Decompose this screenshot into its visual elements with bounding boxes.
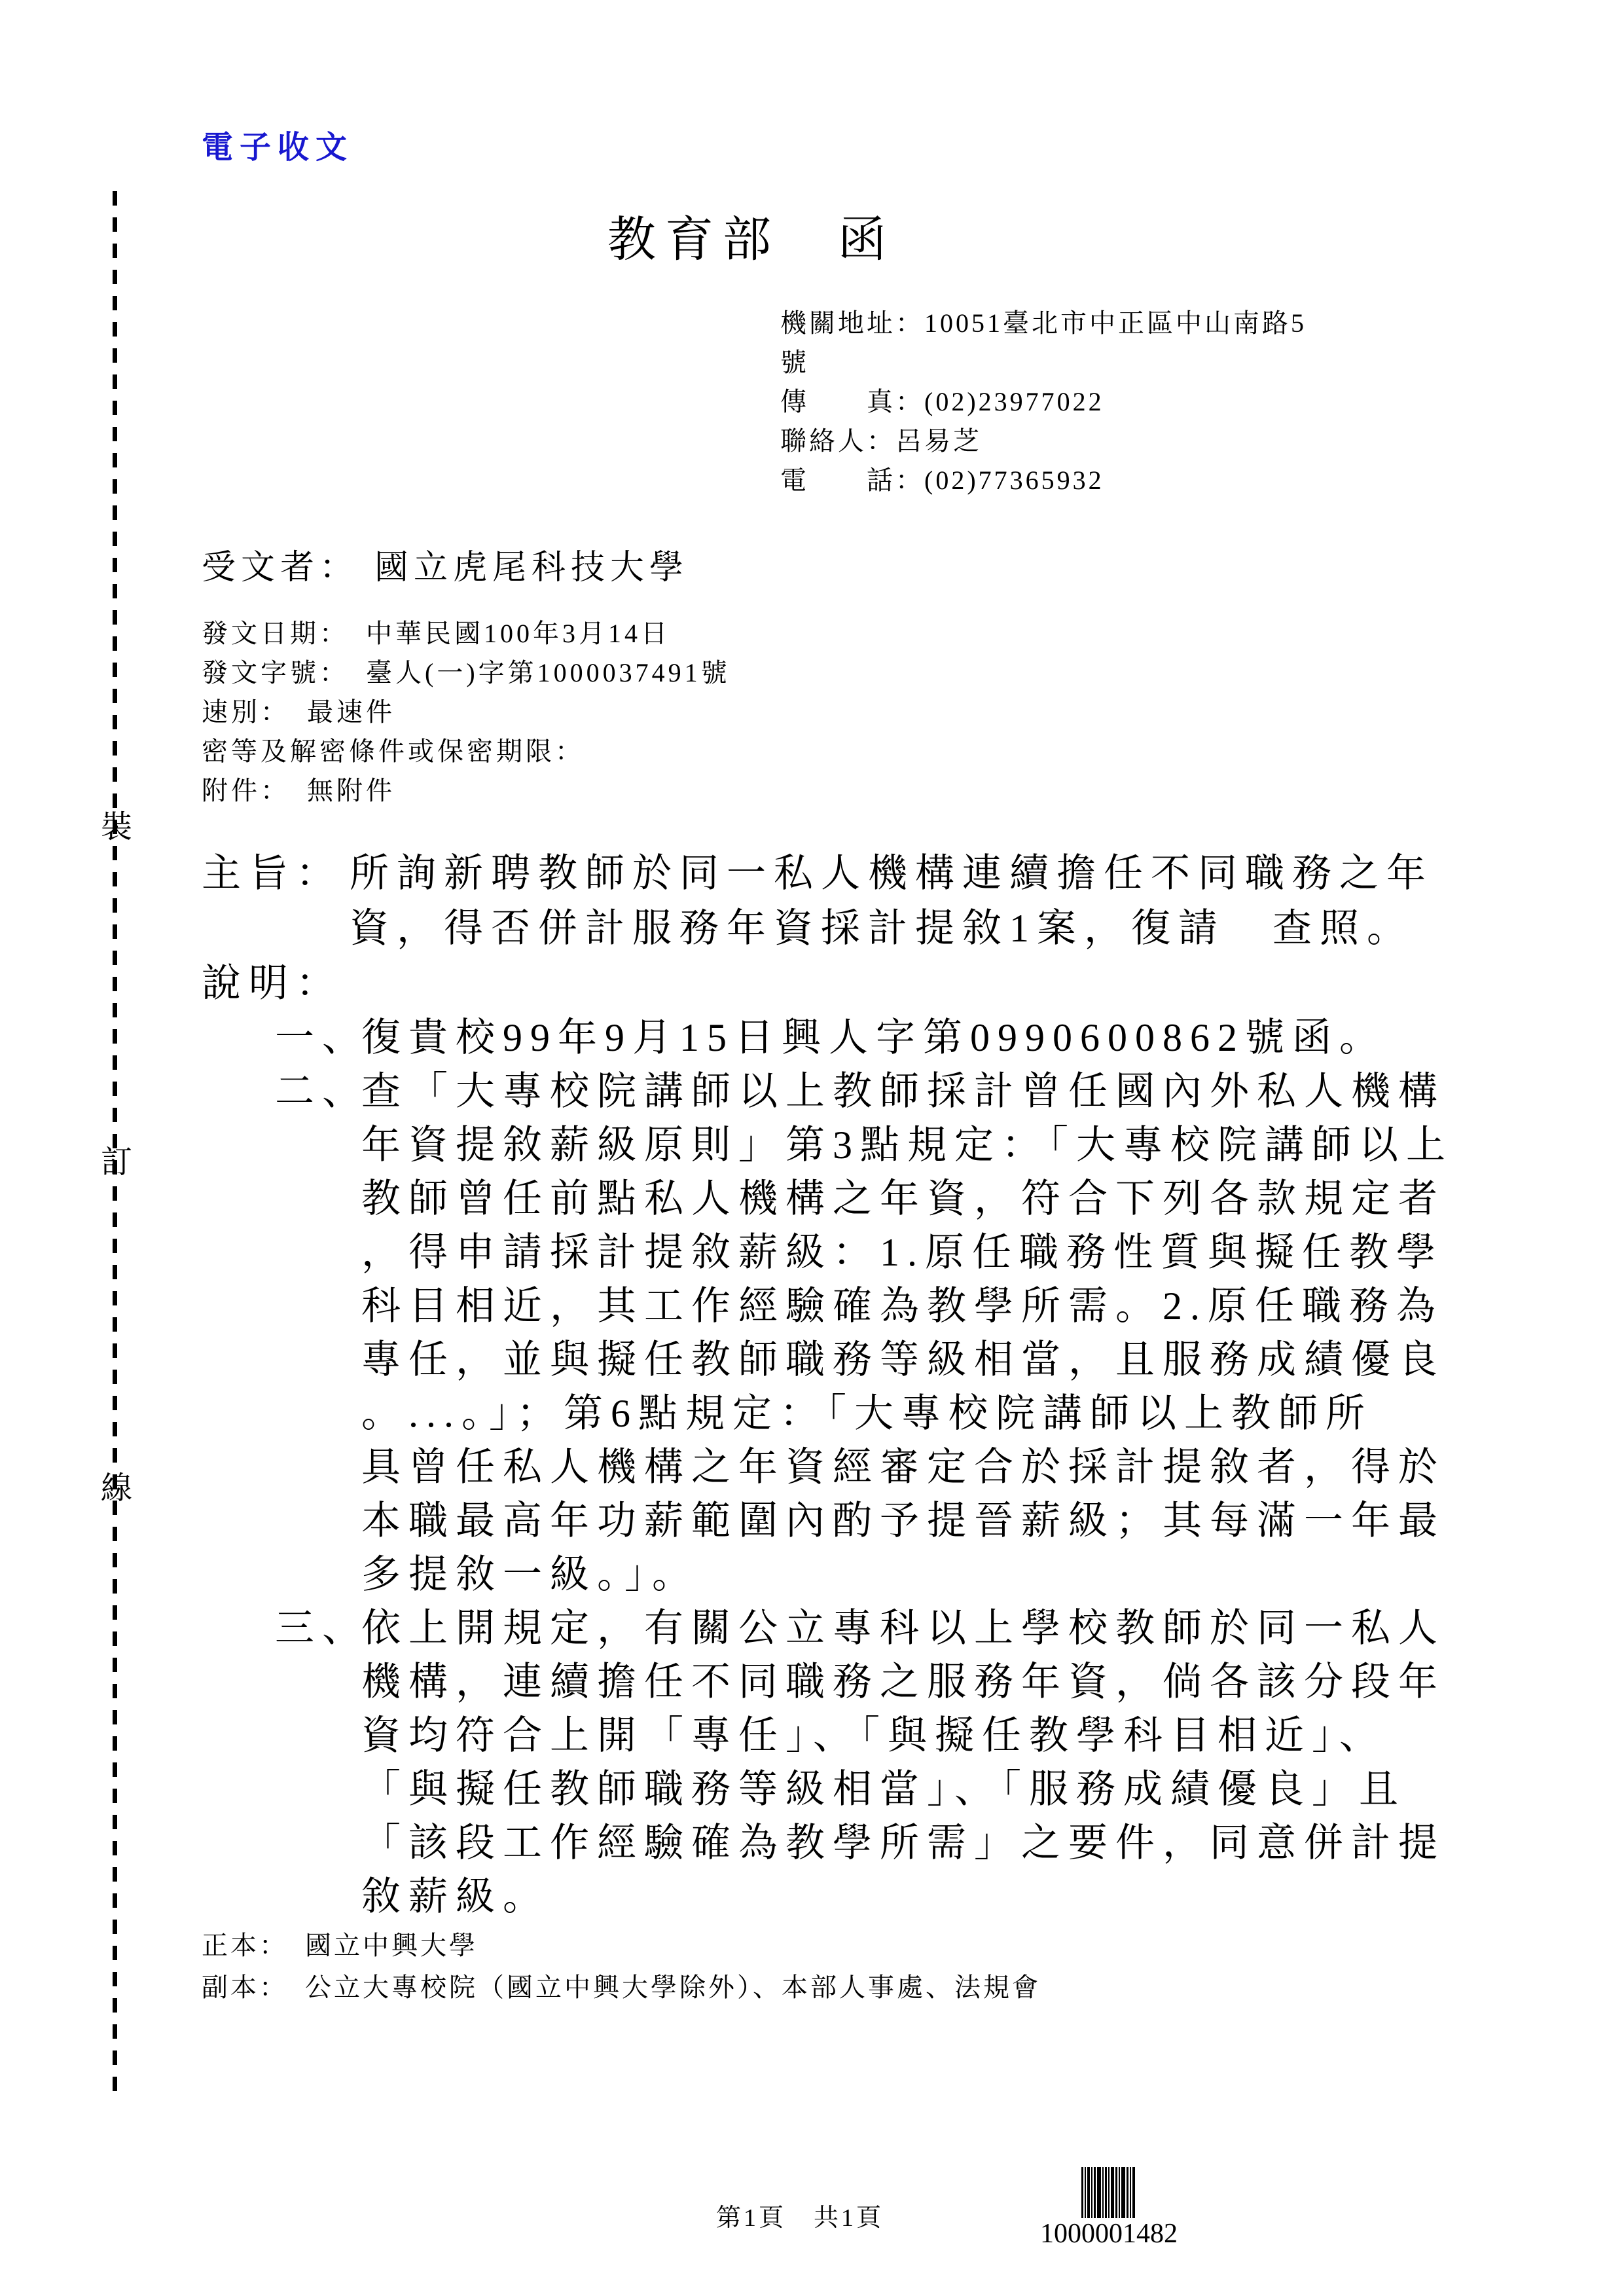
- meta-label: 密等及解密條件或保密期限：: [202, 732, 585, 771]
- item-text: 復貴校99年9月15日興人字第0990600862號函。: [361, 1011, 1386, 1065]
- item-marker: 一、: [275, 1011, 361, 1065]
- item-marker: 三、: [275, 1601, 361, 1655]
- meta-row-speed: 速別： 最速件: [202, 693, 731, 732]
- barcode-number: 1000001482: [1026, 2218, 1191, 2250]
- copy-value: 公立大專校院（國立中興大學除外）、本部人事處、法規會: [305, 1967, 1041, 2009]
- explanation-heading: 說明：: [202, 956, 343, 1011]
- meta-row-number: 發文字號： 臺人(一)字第1000037491號: [202, 653, 731, 693]
- subject-text: 所詢新聘教師於同一私人機構連續擔任不同職務之年 資，得否併計服務年資採計提敘1案…: [350, 846, 1434, 956]
- item-text: 查「大專校院講師以上教師採計曾任國內外私人機構 年資提敘薪級原則」第3點規定：「…: [361, 1065, 1453, 1601]
- carbon-copy-row: 副本： 公立大專校院（國立中興大學除外）、本部人事處、法規會: [202, 1967, 1041, 2009]
- official-letter-page: 裝 訂 線 電子收文 教育部 函 機關地址：10051臺北市中正區中山南路5 號…: [0, 0, 1624, 2296]
- agency-contact-block: 機關地址：10051臺北市中正區中山南路5 號 傳 真：(02)23977022…: [780, 304, 1307, 500]
- copy-label: 副本：: [202, 1967, 288, 2009]
- original-copy-row: 正本： 國立中興大學: [202, 1925, 1041, 1967]
- meta-label: 附件：: [202, 771, 290, 811]
- meta-row-security: 密等及解密條件或保密期限：: [202, 732, 731, 771]
- document-meta-block: 發文日期： 中華民國100年3月14日 發文字號： 臺人(一)字第1000037…: [202, 614, 731, 811]
- explanation-item-1: 一、 復貴校99年9月15日興人字第0990600862號函。: [275, 1011, 1453, 1065]
- barcode-image: [1081, 2167, 1136, 2218]
- page-number: 第1頁 共1頁: [716, 2197, 884, 2233]
- binding-label-xian: 線: [98, 1472, 135, 1506]
- subject-paragraph: 主旨： 所詢新聘教師於同一私人機構連續擔任不同職務之年 資，得否併計服務年資採計…: [202, 846, 1434, 956]
- meta-value: 最速件: [307, 693, 395, 732]
- explanation-item-3: 三、 依上開規定，有關公立專科以上學校教師於同一私人 機構，連續擔任不同職務之服…: [275, 1601, 1453, 1923]
- meta-label: 發文日期：: [202, 614, 349, 653]
- recipient-value: 國立虎尾科技大學: [374, 539, 689, 589]
- meta-label: 速別：: [202, 693, 290, 732]
- copy-label: 正本：: [202, 1925, 288, 1967]
- document-title: 教育部 函: [607, 212, 895, 268]
- meta-value: 無附件: [307, 771, 395, 811]
- copies-block: 正本： 國立中興大學 副本： 公立大專校院（國立中興大學除外）、本部人事處、法規…: [202, 1925, 1041, 2009]
- meta-value: 中華民國100年3月14日: [366, 614, 670, 653]
- electronic-receipt-stamp: 電子收文: [202, 122, 353, 167]
- binding-label-zhuang: 裝: [98, 811, 135, 845]
- meta-row-date: 發文日期： 中華民國100年3月14日: [202, 614, 731, 653]
- binding-label-ding: 訂: [98, 1146, 135, 1180]
- copy-value: 國立中興大學: [305, 1925, 478, 1967]
- item-marker: 二、: [275, 1065, 361, 1118]
- recipient-line: 受文者： 國立虎尾科技大學: [202, 539, 689, 589]
- recipient-label: 受文者：: [202, 539, 359, 589]
- item-text: 依上開規定，有關公立專科以上學校教師於同一私人 機構，連續擔任不同職務之服務年資…: [361, 1601, 1445, 1923]
- meta-value: 臺人(一)字第1000037491號: [366, 653, 731, 693]
- meta-label: 發文字號：: [202, 653, 349, 693]
- explanation-item-2: 二、 查「大專校院講師以上教師採計曾任國內外私人機構 年資提敘薪級原則」第3點規…: [275, 1065, 1453, 1601]
- subject-label: 主旨：: [202, 846, 350, 901]
- meta-row-attachment: 附件： 無附件: [202, 771, 731, 811]
- explanation-items: 一、 復貴校99年9月15日興人字第0990600862號函。 二、 查「大專校…: [275, 1011, 1453, 1923]
